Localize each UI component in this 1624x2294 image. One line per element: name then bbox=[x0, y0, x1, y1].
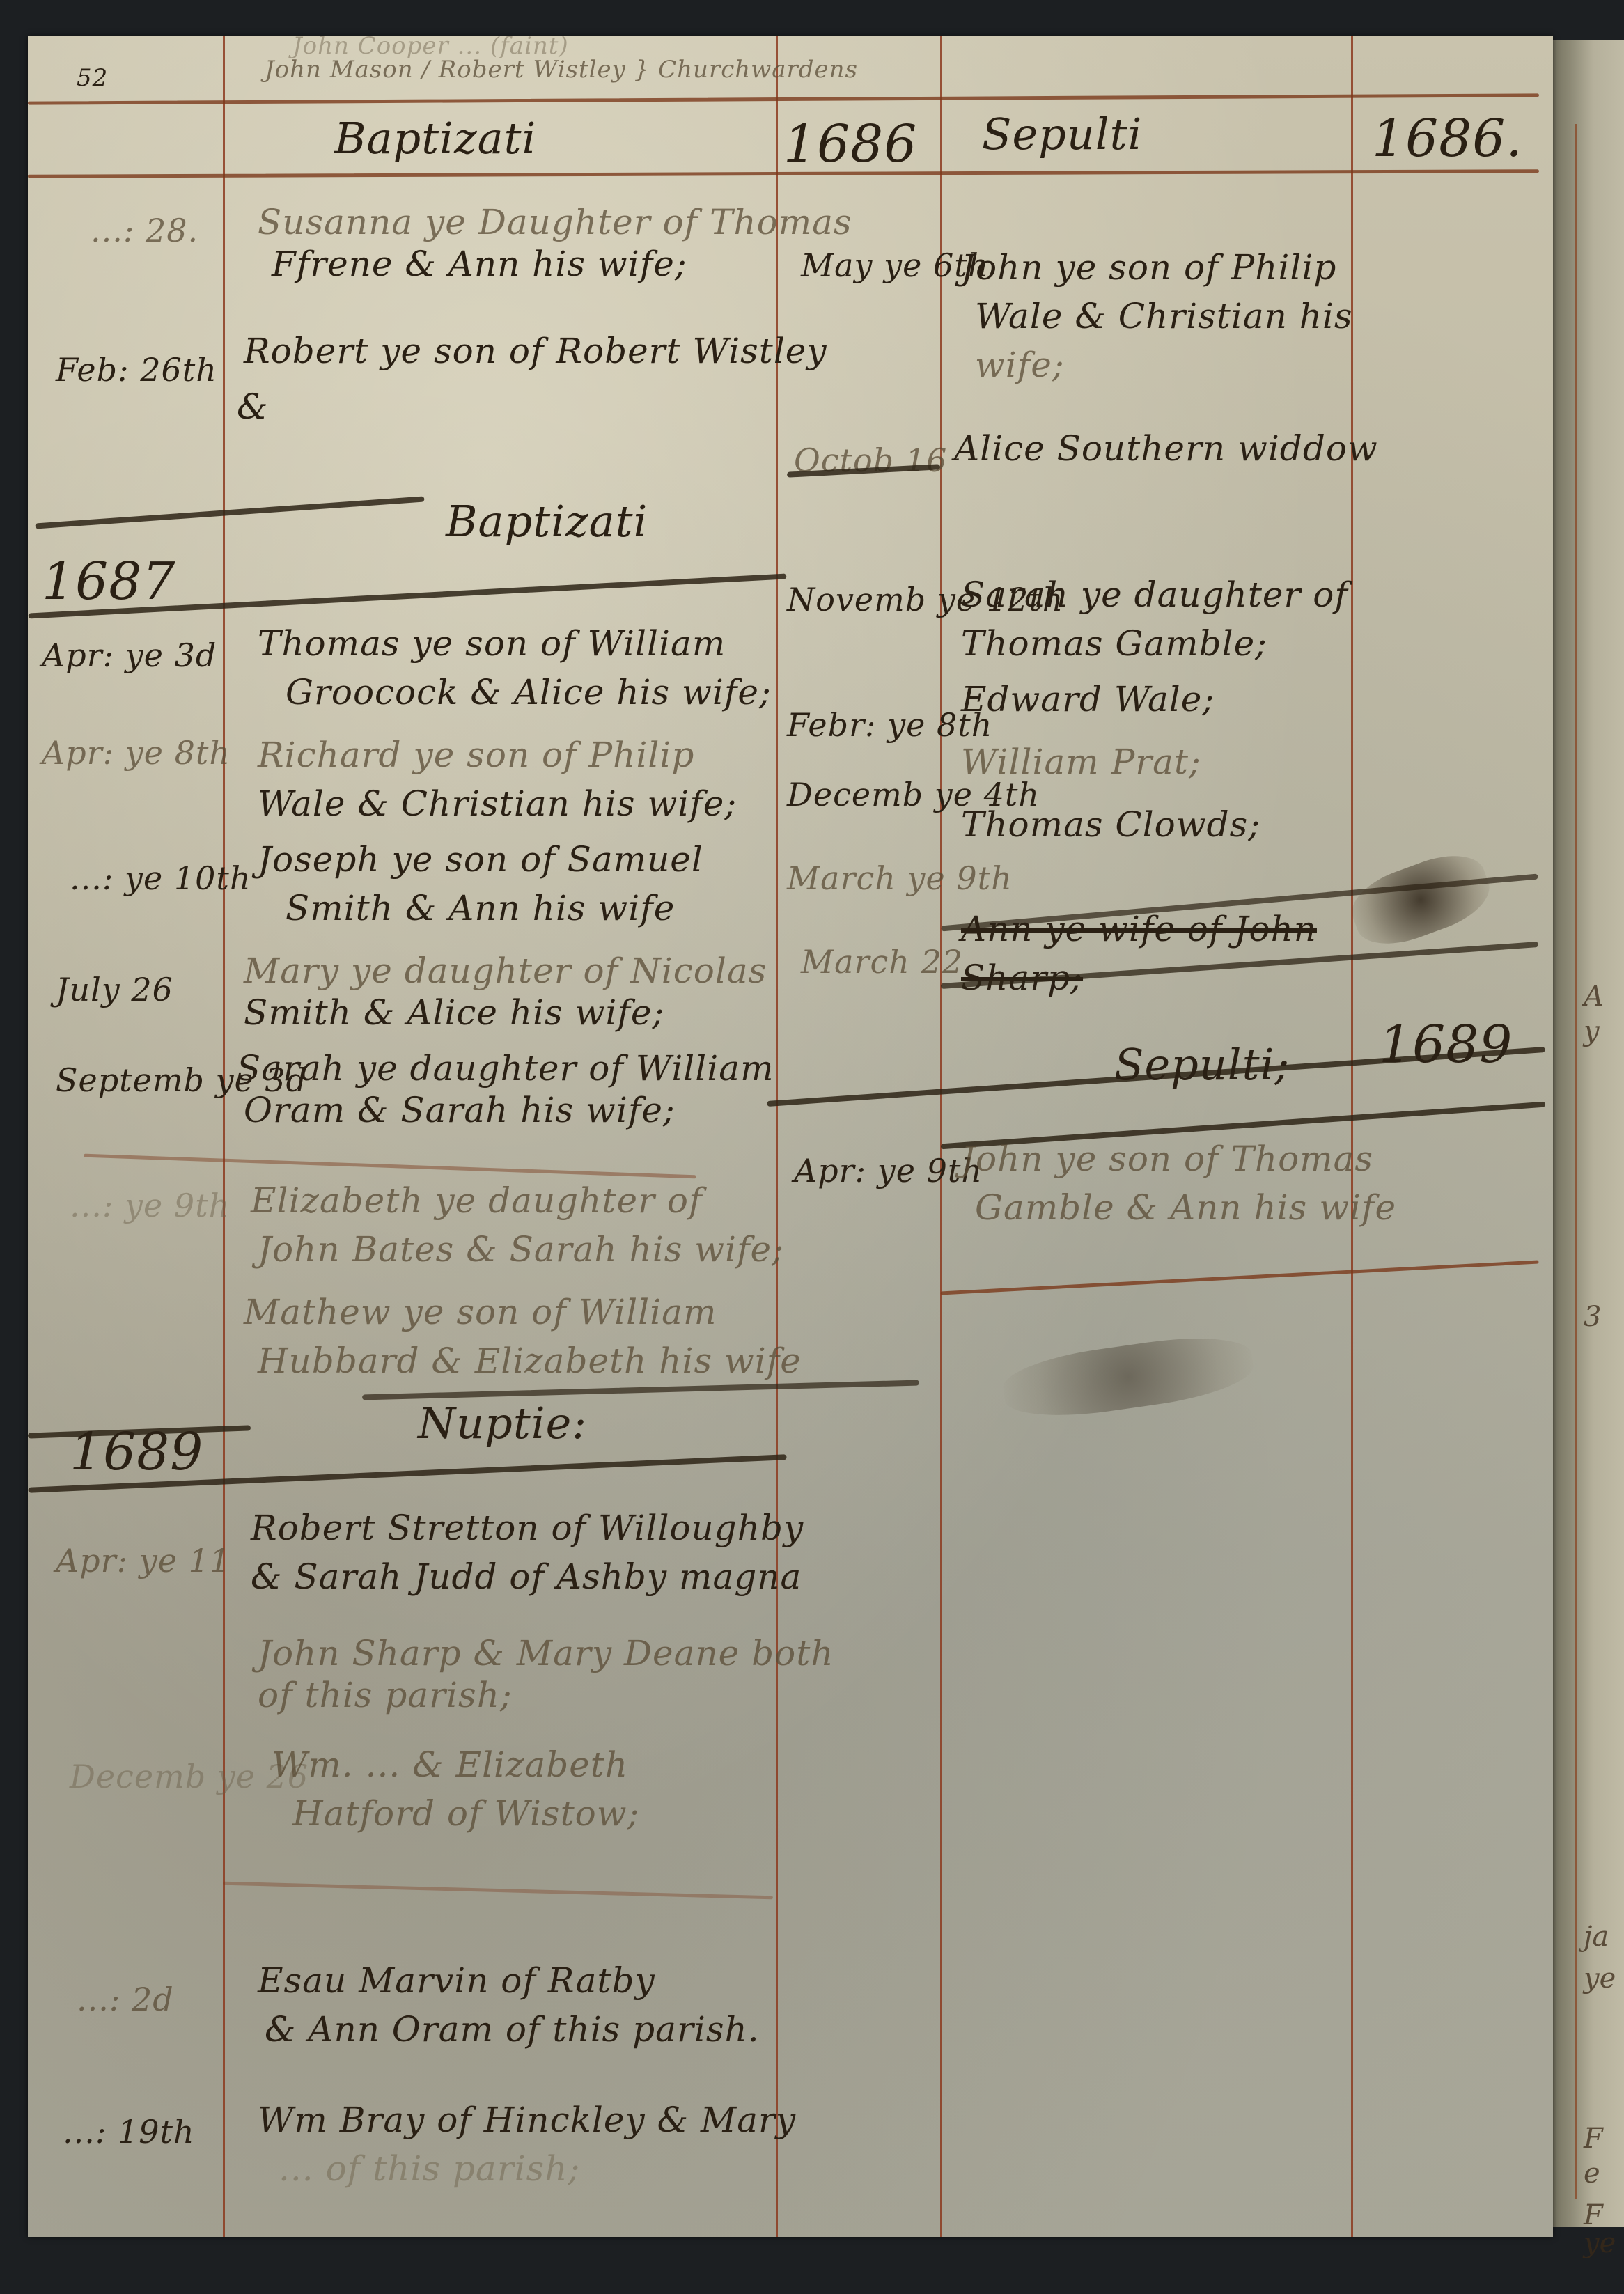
burial-entry: Thomas Clowds; bbox=[961, 802, 1260, 847]
column-rule-date bbox=[223, 36, 225, 2237]
heading-year-left: 1686 bbox=[783, 114, 917, 174]
baptism-entry: John Bates & Sarah his wife; bbox=[258, 1227, 784, 1272]
entry-date: ...: 19th bbox=[63, 2112, 195, 2152]
baptism-entry: Oram & Sarah his wife; bbox=[244, 1088, 676, 1132]
folio-number: 52 bbox=[77, 64, 108, 92]
entry-date: ...: 2d bbox=[77, 1979, 174, 2020]
marriage-entry: ... of this parish; bbox=[279, 2146, 580, 2191]
ink-scribble bbox=[1343, 843, 1498, 956]
facing-fragment: e bbox=[1584, 2158, 1600, 2190]
baptism-entry: Mathew ye son of William bbox=[244, 1290, 717, 1334]
top-note-churchwardens: John Mason / Robert Wistley } Churchward… bbox=[265, 56, 858, 84]
baptism-entry: Thomas ye son of William bbox=[258, 621, 726, 666]
marriage-entry: & Ann Oram of this parish. bbox=[265, 2007, 760, 2052]
burial-entry: Thomas Gamble; bbox=[961, 621, 1267, 666]
year-1687: 1687 bbox=[42, 552, 175, 611]
section-rule bbox=[940, 1260, 1538, 1295]
facing-fragment: y bbox=[1584, 1015, 1600, 1047]
facing-fragment: ye bbox=[1584, 1963, 1616, 1995]
baptism-entry: Richard ye son of Philip bbox=[258, 733, 694, 777]
entry-date: ...: ye 9th bbox=[70, 1185, 230, 1226]
facing-fragment: ja bbox=[1584, 1921, 1609, 1953]
faint-rule bbox=[84, 1154, 696, 1179]
baptism-entry: Elizabeth ye daughter of bbox=[251, 1178, 702, 1223]
facing-page-edge: A y 3 ja ye F e F ye bbox=[1547, 40, 1624, 2227]
baptism-entry: Smith & Alice his wife; bbox=[244, 990, 664, 1035]
heading-sepulti: Sepulti bbox=[982, 109, 1142, 159]
heading-baptizati-1687: Baptizati bbox=[446, 496, 648, 547]
marriage-entry: Hatford of Wistow; bbox=[292, 1791, 639, 1836]
baptism-entry: Smith & Ann his wife bbox=[286, 886, 675, 930]
marriage-entry: Wm Bray of Hinckley & Mary bbox=[258, 2098, 796, 2142]
entry-date: Apr: ye 11 bbox=[56, 1540, 231, 1581]
entry-date: March 22 bbox=[801, 942, 963, 982]
burial-entry: Gamble & Ann his wife bbox=[975, 1185, 1396, 1230]
header-rule-top bbox=[28, 93, 1539, 104]
entry-date: July 26 bbox=[56, 969, 173, 1010]
burial-entry: Alice Southern widdow bbox=[954, 426, 1378, 471]
baptism-entry: Groocock & Alice his wife; bbox=[286, 670, 772, 715]
year-1689-marriages: 1689 bbox=[70, 1422, 203, 1482]
entry-date: ...: ye 10th bbox=[70, 858, 251, 898]
entry-date: Apr: ye 3d bbox=[42, 635, 217, 676]
baptism-entry: Susanna ye Daughter of Thomas bbox=[258, 200, 852, 244]
marriage-entry: Wm. ... & Elizabeth bbox=[272, 1742, 628, 1787]
baptism-entry: Robert ye son of Robert Wistley bbox=[244, 329, 827, 373]
baptism-entry: Mary ye daughter of Nicolas bbox=[244, 949, 767, 993]
burial-entry: Wale & Christian his bbox=[975, 294, 1353, 338]
marriage-entry: & Sarah Judd of Ashby magna bbox=[251, 1554, 802, 1599]
entry-date: March ye 9th bbox=[787, 858, 1013, 898]
ink-smudge bbox=[999, 1328, 1256, 1425]
baptism-entry: Joseph ye son of Samuel bbox=[258, 837, 703, 882]
marriage-entry: Esau Marvin of Ratby bbox=[258, 1958, 655, 2003]
facing-fragment: F bbox=[1584, 2123, 1603, 2155]
year-1689-burials: 1689 bbox=[1379, 1015, 1513, 1075]
heading-year-right: 1686. bbox=[1372, 109, 1523, 169]
entry-date: Apr: ye 9th bbox=[794, 1150, 983, 1191]
facing-fragment: ye bbox=[1584, 2227, 1616, 2259]
facing-page-ruling bbox=[1575, 124, 1577, 2199]
facing-fragment: 3 bbox=[1584, 1301, 1601, 1333]
burial-entry: John ye son of Philip bbox=[961, 245, 1336, 290]
marriage-entry: Robert Stretton of Willoughby bbox=[251, 1506, 804, 1550]
section-divider bbox=[35, 496, 424, 529]
entry-date: Feb: 26th bbox=[56, 350, 217, 390]
register-page: 52 John Cooper ... (faint) John Mason / … bbox=[28, 36, 1553, 2237]
heading-sepulti-1689: Sepulti; bbox=[1114, 1039, 1290, 1090]
entry-date: Apr: ye 8th bbox=[42, 733, 231, 773]
baptism-entry: Ffrene & Ann his wife; bbox=[272, 242, 687, 286]
baptism-entry: Wale & Christian his wife; bbox=[258, 781, 737, 826]
baptism-entry: Sarah ye daughter of William bbox=[237, 1046, 774, 1091]
marriage-entry: John Sharp & Mary Deane both bbox=[258, 1631, 834, 1676]
burial-entry: John ye son of Thomas bbox=[961, 1137, 1373, 1181]
burial-entry: Edward Wale; bbox=[961, 677, 1215, 721]
burial-entry-struck: Ann ye wife of John bbox=[961, 907, 1317, 951]
column-rule-burial-date bbox=[940, 36, 942, 2237]
burial-entry: wife; bbox=[975, 343, 1065, 387]
facing-fragment: A bbox=[1584, 981, 1604, 1013]
burial-entry: Sarah ye daughter of bbox=[961, 572, 1348, 617]
entry-date: ...: 28. bbox=[91, 210, 198, 251]
baptism-entry: & bbox=[237, 384, 269, 429]
baptism-entry: Hubbard & Elizabeth his wife bbox=[258, 1339, 802, 1383]
heading-baptizati: Baptizati bbox=[334, 113, 536, 164]
faint-rule bbox=[223, 1882, 773, 1900]
marriage-entry: of this parish; bbox=[258, 1673, 513, 1717]
heading-nuptie: Nuptie: bbox=[418, 1398, 587, 1449]
